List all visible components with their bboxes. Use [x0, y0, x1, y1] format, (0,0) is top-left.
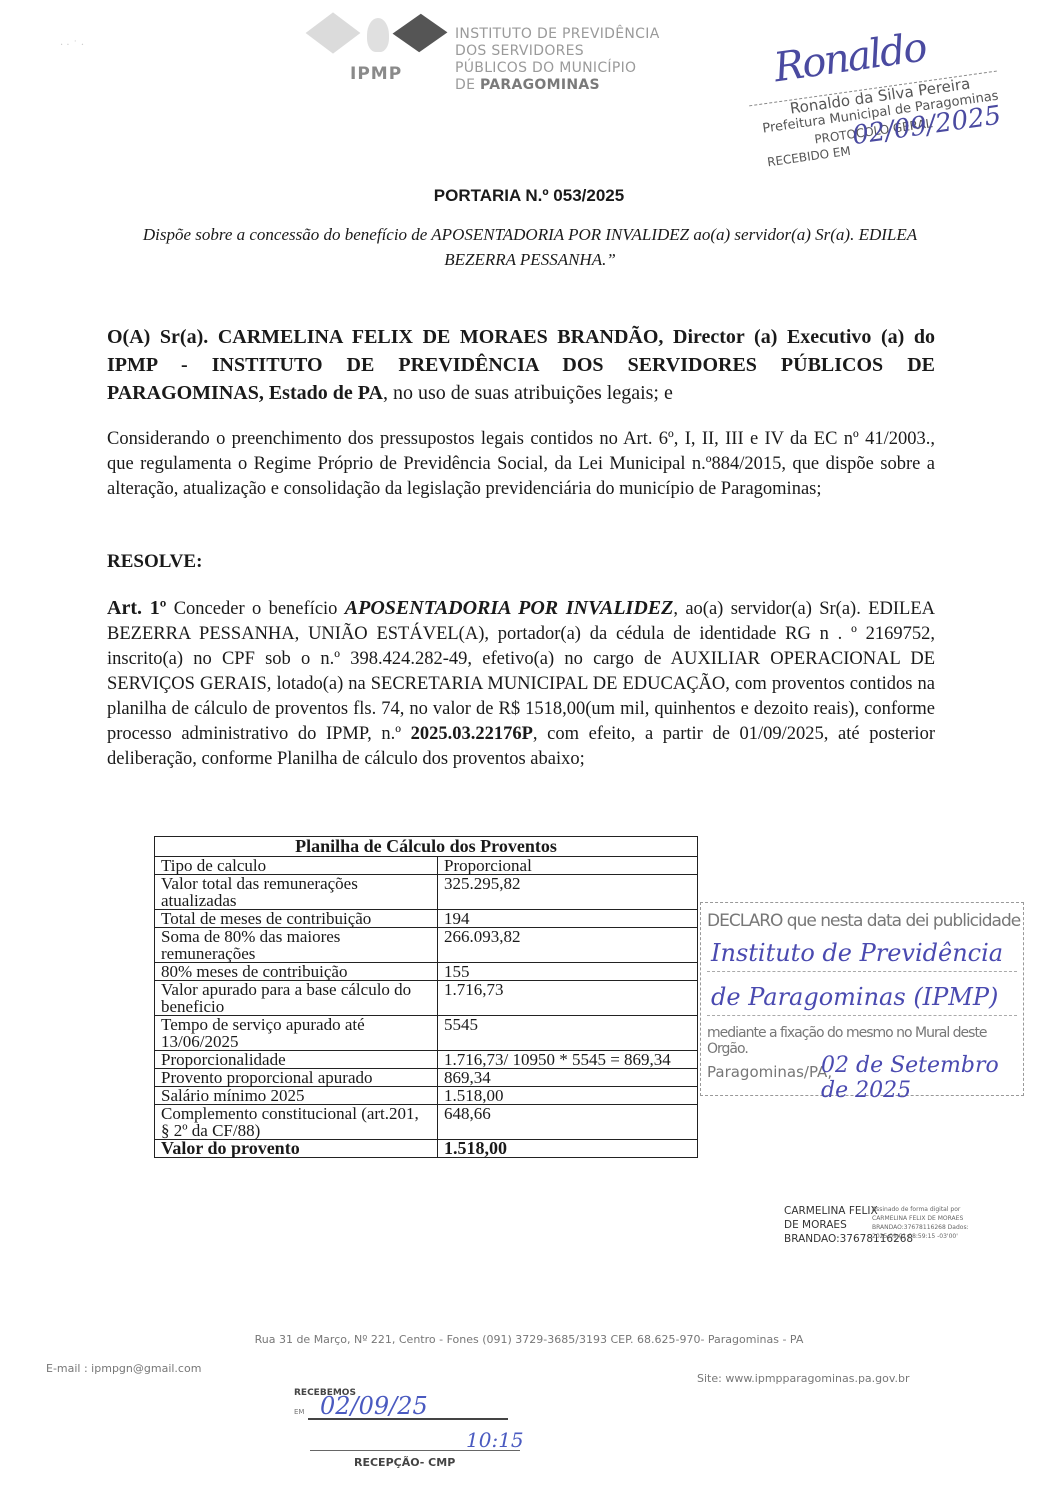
row-value: 869,34	[438, 1069, 698, 1087]
row-value: Proporcional	[438, 857, 698, 875]
row-value: 266.093,82	[438, 928, 698, 963]
row-value: 1.716,73/ 10950 * 5545 = 869,34	[438, 1051, 698, 1069]
row-label: Tempo de serviço apurado até 13/06/2025	[155, 1016, 438, 1051]
row-label: Soma de 80% das maiores remunerações	[155, 928, 438, 963]
institute-line: PÚBLICOS DO MUNICÍPIO	[455, 60, 660, 77]
intro-rest: , no uso de suas atribuições legais; e	[383, 382, 673, 404]
table-row: Proporcionalidade1.716,73/ 10950 * 5545 …	[155, 1051, 698, 1069]
row-label: Tipo de calculo	[155, 857, 438, 875]
footer-address: Rua 31 de Março, Nº 221, Centro - Fones …	[0, 1333, 1058, 1346]
article-text: Conceder o benefício	[166, 599, 344, 619]
article-label: Art. 1º	[107, 597, 166, 619]
receipt-stamp: RECEBEMOS EM 02/09/25 10:15 RECEPÇÃO- CM…	[290, 1384, 540, 1484]
row-label: Valor total das remunerações atualizadas	[155, 875, 438, 910]
stamp-line	[707, 971, 1017, 972]
intro-paragraph: O(A) Sr(a). CARMELINA FELIX DE MORAES BR…	[107, 323, 935, 407]
row-value: 1.518,00	[438, 1140, 698, 1158]
benefit-name: APOSENTADORIA POR INVALIDEZ	[345, 597, 674, 619]
document-title: PORTARIA N.º 053/2025	[0, 186, 1058, 206]
row-value: 325.295,82	[438, 875, 698, 910]
logo-diamond-right-icon	[393, 14, 448, 52]
receipt-time: 10:15	[466, 1428, 524, 1452]
logo-text: IPMP	[350, 64, 402, 84]
row-label: Complemento constitucional (art.201, § 2…	[155, 1105, 438, 1140]
receipt-em: EM	[294, 1408, 304, 1416]
table-row: Salário mínimo 20251.518,00	[155, 1087, 698, 1105]
row-label: Salário mínimo 2025	[155, 1087, 438, 1105]
declaration-date: 02 de Setembro de 2025	[821, 1053, 1023, 1103]
table-row: Tempo de serviço apurado até 13/06/20255…	[155, 1016, 698, 1051]
row-label: Valor do provento	[155, 1140, 438, 1158]
row-label: Proporcionalidade	[155, 1051, 438, 1069]
declaration-stamp: DECLARO que nesta data dei publicidade I…	[700, 902, 1024, 1096]
document-subtitle: Dispõe sobre a concessão do benefício de…	[110, 222, 950, 272]
protocol-stamp: Ronaldo Ronaldo da Silva Pereira Prefeit…	[740, 0, 1058, 198]
article-text: , ao(a) servidor(a) Sr(a). EDILEA BEZERR…	[107, 599, 935, 744]
table-title: Planilha de Cálculo dos Proventos	[155, 837, 698, 857]
table-row: Total de meses de contribuição194	[155, 910, 698, 928]
footer-site[interactable]: Site: www.ipmpparagominas.pa.gov.br	[697, 1372, 910, 1385]
row-label: Provento proporcional apurado	[155, 1069, 438, 1087]
institute-line: INSTITUTO DE PREVIDÊNCIA	[455, 26, 660, 43]
row-label: Valor apurado para a base cálculo do ben…	[155, 981, 438, 1016]
table-row: Valor do provento1.518,00	[155, 1140, 698, 1158]
row-value: 1.716,73	[438, 981, 698, 1016]
institute-prefix: DE	[455, 77, 480, 93]
receipt-section: RECEPÇÃO- CMP	[354, 1456, 455, 1469]
table-row: Valor apurado para a base cálculo do ben…	[155, 981, 698, 1016]
institute-name: INSTITUTO DE PREVIDÊNCIA DOS SERVIDORES …	[455, 26, 660, 94]
declaration-line: DECLARO que nesta data dei publicidade	[707, 911, 1020, 931]
table-row: 80% meses de contribuição155	[155, 963, 698, 981]
ipmp-logo: IPMP	[312, 12, 447, 92]
row-value: 648,66	[438, 1105, 698, 1140]
row-label: Total de meses de contribuição	[155, 910, 438, 928]
institute-line: DOS SERVIDORES	[455, 43, 660, 60]
considering-paragraph: Considerando o preenchimento dos pressup…	[107, 427, 935, 502]
scan-artifact: · · ˙ ·	[60, 40, 84, 51]
calculation-table: Planilha de Cálculo dos Proventos Tipo d…	[154, 836, 698, 1158]
table-row: Valor total das remunerações atualizadas…	[155, 875, 698, 910]
protocol-signature: Ronaldo	[771, 25, 928, 92]
row-value: 194	[438, 910, 698, 928]
logo-diamond-left-icon	[306, 12, 361, 53]
table-row: Provento proporcional apurado869,34	[155, 1069, 698, 1087]
declaration-place: Paragominas/PA,	[707, 1063, 832, 1081]
logo-flame-icon	[367, 18, 389, 52]
row-value: 5545	[438, 1016, 698, 1051]
table-title-row: Planilha de Cálculo dos Proventos	[155, 837, 698, 857]
table-row: Complemento constitucional (art.201, § 2…	[155, 1105, 698, 1140]
institute-city: PARAGOMINAS	[480, 77, 600, 93]
table-row: Tipo de calculoProporcional	[155, 857, 698, 875]
protocol-received-label: RECEBIDO EM	[766, 144, 851, 170]
footer-email[interactable]: E-mail : ipmpgn@gmail.com	[46, 1362, 201, 1375]
row-value: 155	[438, 963, 698, 981]
digital-signature-name: CARMELINA FELIX DE MORAES BRANDAO:376781…	[784, 1204, 879, 1246]
process-number: 2025.03.22176P	[411, 724, 533, 744]
table-row: Soma de 80% das maiores remunerações266.…	[155, 928, 698, 963]
digital-signature-note: Assinado de forma digital por CARMELINA …	[872, 1205, 982, 1241]
resolve-heading: RESOLVE:	[107, 551, 202, 573]
institute-line: DE PARAGOMINAS	[455, 77, 660, 94]
row-label: 80% meses de contribuição	[155, 963, 438, 981]
stamp-line	[707, 1015, 1017, 1016]
declaration-handwriting: Instituto de Previdência	[711, 939, 1003, 967]
row-value: 1.518,00	[438, 1087, 698, 1105]
receipt-date: 02/09/25	[320, 1392, 428, 1420]
article-1: Art. 1º Conceder o benefício APOSENTADOR…	[107, 596, 935, 772]
declaration-handwriting: de Paragominas (IPMP)	[711, 983, 998, 1011]
